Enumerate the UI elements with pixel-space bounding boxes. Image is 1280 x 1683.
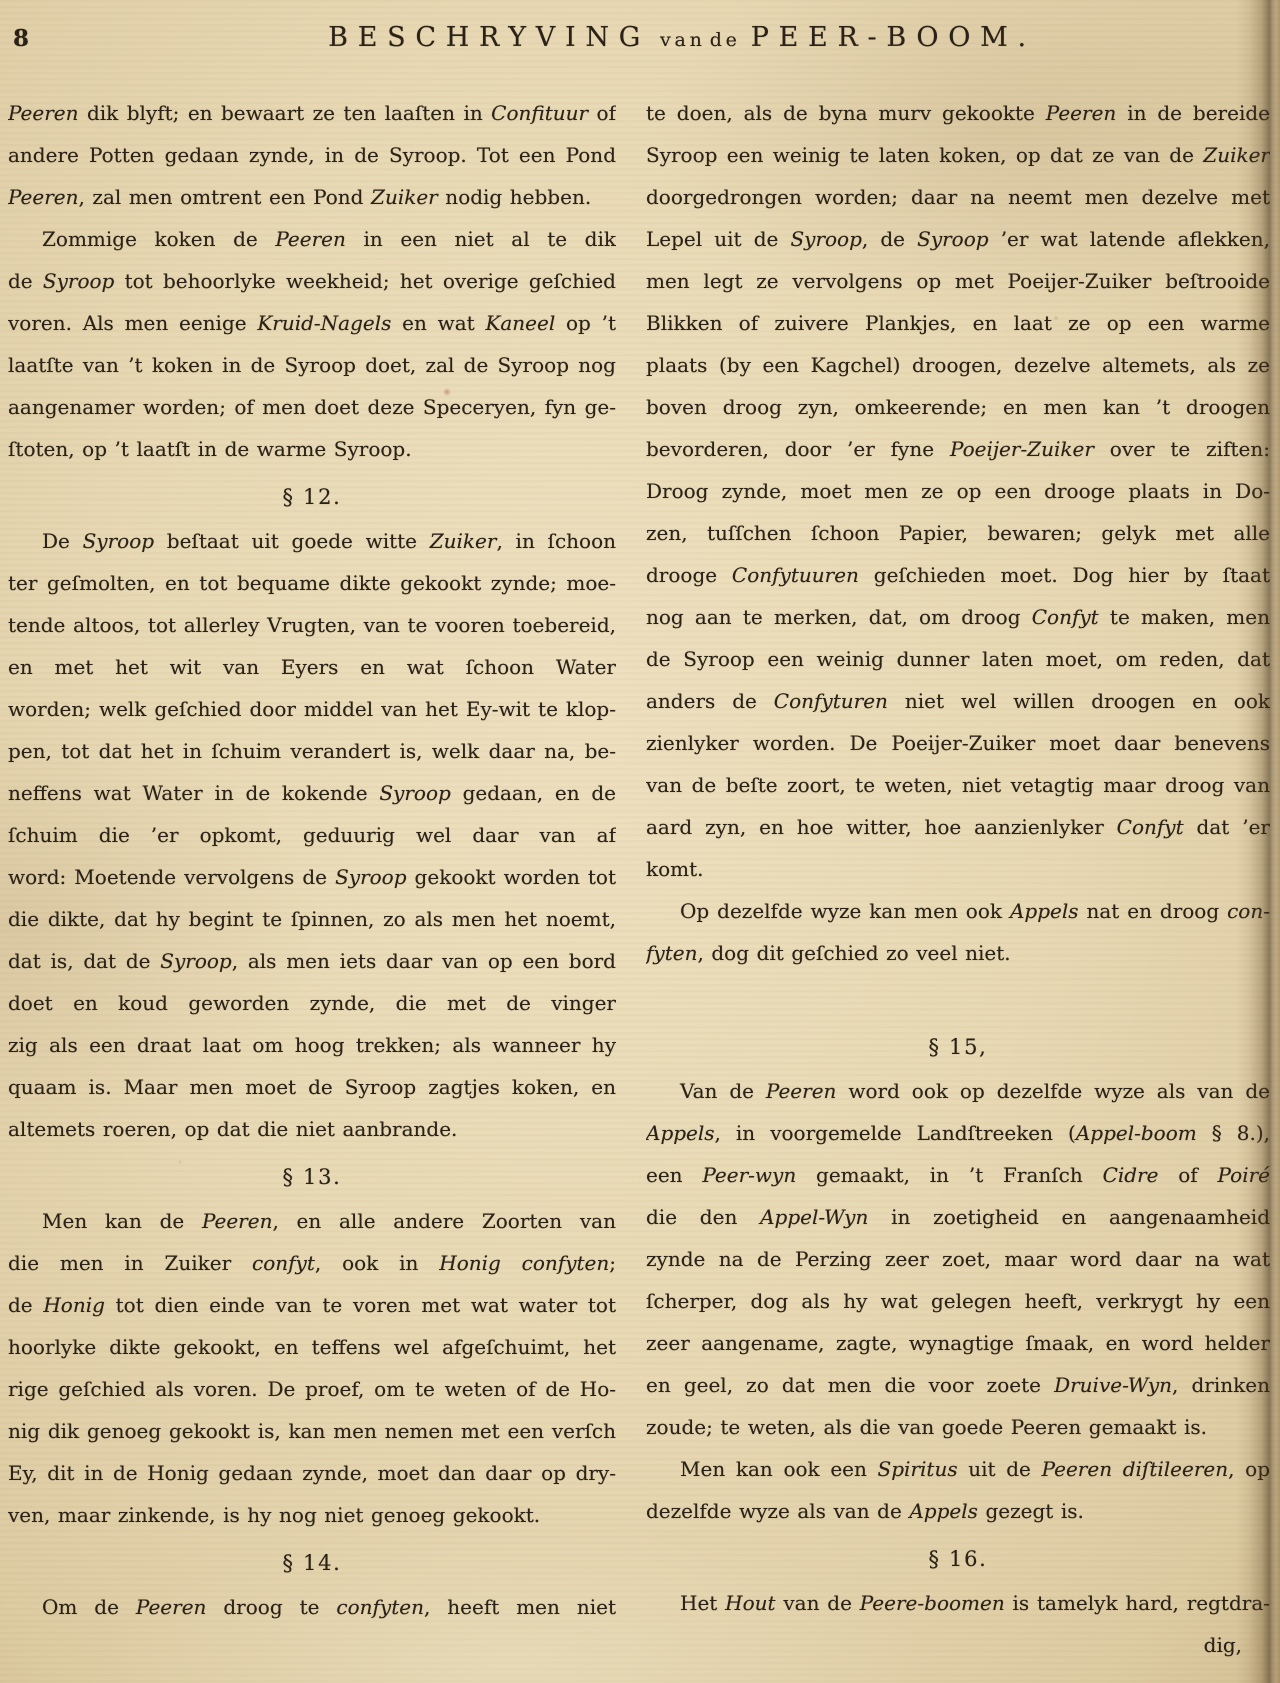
text-line: Het Hout van de Peere-boomen is tamelyk … xyxy=(646,1582,1270,1624)
text-line: voren. Als men eenige Kruid-Nagels en wa… xyxy=(8,302,616,344)
text-line: Droog zynde, moet men ze op een drooge p… xyxy=(646,470,1270,512)
text-line: men legt ze vervolgens op met Poeijer-Zu… xyxy=(646,260,1270,302)
header-title-part: van xyxy=(660,29,706,51)
column-spacer xyxy=(646,974,1270,1020)
section-heading: § 16. xyxy=(646,1538,1270,1580)
right-column: te doen, als de byna murv gekookte Peere… xyxy=(646,92,1270,1666)
text-line: ſchuim die ’er opkomt, geduurig wel daar… xyxy=(8,814,616,856)
text-line: en met het wit van Eyers en wat ſchoon W… xyxy=(8,646,616,688)
paragraph: Zommige koken de Peeren in een niet al t… xyxy=(8,218,616,470)
text-line: zoude; te weten, als die van goede Peere… xyxy=(646,1406,1270,1448)
text-line: hoorlyke dikte gekookt, en teffens wel a… xyxy=(8,1326,616,1368)
text-line: zienlyker worden. De Poeijer-Zuiker moet… xyxy=(646,722,1270,764)
paragraph: De Syroop beſtaat uit goede witte Zuiker… xyxy=(8,520,616,1150)
paragraph: Peeren dik blyft; en bewaart ze ten laaſ… xyxy=(8,92,616,218)
text-line: komt. xyxy=(646,848,1270,890)
text-line: doorgedrongen worden; daar na neemt men … xyxy=(646,176,1270,218)
text-line: quaam is. Maar men moet de Syroop zagtje… xyxy=(8,1066,616,1108)
text-line: dezelfde wyze als van de Appels gezegt i… xyxy=(646,1490,1270,1532)
text-line: andere Potten gedaan zynde, in de Syroop… xyxy=(8,134,616,176)
left-column: Peeren dik blyft; en bewaart ze ten laaſ… xyxy=(8,92,616,1628)
text-line: Men kan de Peeren, en alle andere Zoorte… xyxy=(8,1200,616,1242)
text-line: ſcherper, dog als hy wat gelegen heeft, … xyxy=(646,1280,1270,1322)
page-header: BESCHRYVINGvandePEER-BOOM. xyxy=(0,22,1280,53)
text-line: ter geſmolten, en tot bequame dikte geko… xyxy=(8,562,616,604)
text-line: pen, tot dat het in ſchuim verandert is,… xyxy=(8,730,616,772)
paragraph: te doen, als de byna murv gekookte Peere… xyxy=(646,92,1270,890)
text-line: Op dezelfde wyze kan men ook Appels nat … xyxy=(646,890,1270,932)
paragraph: Van de Peeren word ook op dezelfde wyze … xyxy=(646,1070,1270,1448)
header-title-part: de xyxy=(710,29,741,51)
text-line: ven, maar zinkende, is hy nog niet genoe… xyxy=(8,1494,616,1536)
text-line: dat is, dat de Syroop, als men iets daar… xyxy=(8,940,616,982)
header-title-part: BESCHRYVING xyxy=(328,22,650,53)
section-heading: § 15, xyxy=(646,1026,1270,1068)
text-line: Van de Peeren word ook op dezelfde wyze … xyxy=(646,1070,1270,1112)
text-line: en geel, zo dat men die voor zoete Druiv… xyxy=(646,1364,1270,1406)
text-line: aangenamer worden; of men doet deze Spec… xyxy=(8,386,616,428)
section-heading: § 12. xyxy=(8,476,616,518)
text-line: plaats (by een Kagchel) droogen, dezelve… xyxy=(646,344,1270,386)
text-line: De Syroop beſtaat uit goede witte Zuiker… xyxy=(8,520,616,562)
text-line: die dikte, dat hy begint te ſpinnen, zo … xyxy=(8,898,616,940)
text-line: te doen, als de byna murv gekookte Peere… xyxy=(646,92,1270,134)
paragraph: Men kan ook een Spiritus uit de Peeren d… xyxy=(646,1448,1270,1532)
text-line: zynde na de Perzing zeer zoet, maar word… xyxy=(646,1238,1270,1280)
text-line: die men in Zuiker confyt, ook in Honig c… xyxy=(8,1242,616,1284)
text-line: Men kan ook een Spiritus uit de Peeren d… xyxy=(646,1448,1270,1490)
text-line: een Peer-wyn gemaakt, in ’t Franſch Cidr… xyxy=(646,1154,1270,1196)
paragraph: Om de Peeren droog te confyten, heeft me… xyxy=(8,1586,616,1628)
text-line: zen, tuſſchen ſchoon Papier, bewaren; ge… xyxy=(646,512,1270,554)
text-line: de Syroop tot behoorlyke weekheid; het o… xyxy=(8,260,616,302)
text-line: Om de Peeren droog te confyten, heeft me… xyxy=(8,1586,616,1628)
text-line: nig dik genoeg gekookt is, kan men nemen… xyxy=(8,1410,616,1452)
text-line: Ey, dit in de Honig gedaan zynde, moet d… xyxy=(8,1452,616,1494)
text-line: worden; welk geſchied door middel van he… xyxy=(8,688,616,730)
text-line: de Syroop een weinig dunner laten moet, … xyxy=(646,638,1270,680)
text-line: Lepel uit de Syroop, de Syroop ’er wat l… xyxy=(646,218,1270,260)
paragraph: Het Hout van de Peere-boomen is tamelyk … xyxy=(646,1582,1270,1624)
text-line: boven droog zyn, omkeerende; en men kan … xyxy=(646,386,1270,428)
text-line: neffens wat Water in de kokende Syroop g… xyxy=(8,772,616,814)
text-line: ſtoten, op ’t laatſt in de warme Syroop. xyxy=(8,428,616,470)
text-line: zeer aangename, zagte, wynagtige ſmaak, … xyxy=(646,1322,1270,1364)
text-line: fyten, dog dit geſchied zo veel niet. xyxy=(646,932,1270,974)
text-line: die den Appel-Wyn in zoetigheid en aange… xyxy=(646,1196,1270,1238)
text-line: doet en koud geworden zynde, die met de … xyxy=(8,982,616,1024)
text-line: Blikken of zuivere Plankjes, en laat ze … xyxy=(646,302,1270,344)
text-line: anders de Confyturen niet wel willen dro… xyxy=(646,680,1270,722)
text-line: drooge Confytuuren geſchieden moet. Dog … xyxy=(646,554,1270,596)
text-line: altemets roeren, op dat die niet aanbran… xyxy=(8,1108,616,1150)
text-line: aard zyn, en hoe witter, hoe aanzienlyke… xyxy=(646,806,1270,848)
header-title: BESCHRYVINGvandePEER-BOOM. xyxy=(320,22,1044,53)
text-line: de Honig tot dien einde van te voren met… xyxy=(8,1284,616,1326)
text-line: Peeren dik blyft; en bewaart ze ten laaſ… xyxy=(8,92,616,134)
text-line: word: Moetende vervolgens de Syroop geko… xyxy=(8,856,616,898)
section-heading: § 14. xyxy=(8,1542,616,1584)
text-line: Appels, in voorgemelde Landſtreeken (App… xyxy=(646,1112,1270,1154)
text-line: Zommige koken de Peeren in een niet al t… xyxy=(8,218,616,260)
catchword: dig, xyxy=(646,1624,1270,1666)
text-line: rige geſchied als voren. De proef, om te… xyxy=(8,1368,616,1410)
text-line: van de beſte zoort, te weten, niet vetag… xyxy=(646,764,1270,806)
section-heading: § 13. xyxy=(8,1156,616,1198)
paragraph: Men kan de Peeren, en alle andere Zoorte… xyxy=(8,1200,616,1536)
text-line: Syroop een weinig te laten koken, op dat… xyxy=(646,134,1270,176)
header-title-part: PEER-BOOM. xyxy=(751,22,1036,53)
text-line: tende altoos, tot allerley Vrugten, van … xyxy=(8,604,616,646)
text-line: Peeren, zal men omtrent een Pond Zuiker … xyxy=(8,176,616,218)
text-line: zig als een draat laat om hoog trekken; … xyxy=(8,1024,616,1066)
text-line: bevorderen, door ’er fyne Poeijer-Zuiker… xyxy=(646,428,1270,470)
text-line: nog aan te merken, dat, om droog Confyt … xyxy=(646,596,1270,638)
paragraph: Op dezelfde wyze kan men ook Appels nat … xyxy=(646,890,1270,974)
text-line: laatſte van ’t koken in de Syroop doet, … xyxy=(8,344,616,386)
